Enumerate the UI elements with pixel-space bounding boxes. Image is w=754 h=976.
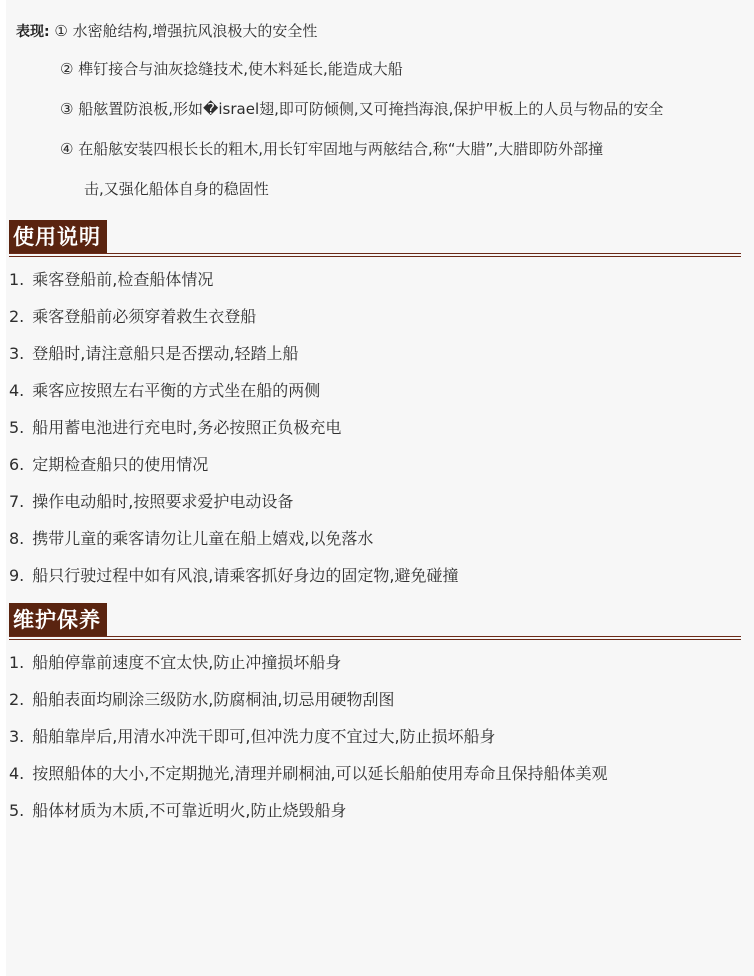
features-label: 表现: xyxy=(16,24,50,40)
list-item: 1.乘客登船前,检查船体情况 xyxy=(9,269,213,291)
feature-text: 水密舱结构,增强抗风浪极大的安全性 xyxy=(73,22,318,40)
list-item: 8.携带儿童的乘客请勿让儿童在船上嬉戏,以免落水 xyxy=(9,528,373,550)
feature-marker: ④ xyxy=(60,140,73,158)
feature-text: 榫钉接合与油灰捻缝技术,使木料延长,能造成大船 xyxy=(78,60,403,78)
feature-line-2: ② 榫钉接合与油灰捻缝技术,使木料延长,能造成大船 xyxy=(60,59,403,79)
list-item: 5.船体材质为木质,不可靠近明火,防止烧毁船身 xyxy=(9,800,346,822)
list-item: 6.定期检查船只的使用情况 xyxy=(9,454,208,476)
feature-text: 船舷置防浪板,形如�israel翅,即可防倾侧,又可掩挡海浪,保护甲板上的人员与… xyxy=(78,100,663,118)
feature-text: 在船舷安装四根长长的粗木,用长钉牢固地与两舷结合,称“大腊”,大腊即防外部撞 xyxy=(78,140,603,158)
list-item: 7.操作电动船时,按照要求爱护电动设备 xyxy=(9,491,293,513)
list-item: 4.乘客应按照左右平衡的方式坐在船的两侧 xyxy=(9,380,320,402)
feature-line-1: 表现: ① 水密舱结构,增强抗风浪极大的安全性 xyxy=(16,21,317,42)
section-heading-maintenance: 维护保养 xyxy=(9,603,107,636)
list-item: 3.船舶靠岸后,用清水冲洗干即可,但冲洗力度不宜过大,防止损坏船身 xyxy=(9,726,496,748)
section-divider xyxy=(9,636,741,640)
list-item: 5.船用蓄电池进行充电时,务必按照正负极充电 xyxy=(9,417,341,439)
list-item: 4.按照船体的大小,不定期抛光,清理并刷桐油,可以延长船舶使用寿命且保持船体美观 xyxy=(9,763,608,785)
section-heading-usage: 使用说明 xyxy=(9,220,107,253)
feature-marker: ③ xyxy=(60,100,73,118)
list-item: 9.船只行驶过程中如有风浪,请乘客抓好身边的固定物,避免碰撞 xyxy=(9,565,458,587)
list-item: 2.乘客登船前必须穿着救生衣登船 xyxy=(9,306,256,328)
feature-line-4-cont: 击,又强化船体自身的稳固性 xyxy=(84,179,269,199)
list-item: 2.船舶表面均刷涂三级防水,防腐桐油,切忌用硬物刮图 xyxy=(9,689,394,711)
feature-line-4: ④ 在船舷安装四根长长的粗木,用长钉牢固地与两舷结合,称“大腊”,大腊即防外部撞 xyxy=(60,139,603,159)
feature-marker: ① xyxy=(54,22,67,40)
list-item: 3.登船时,请注意船只是否摆动,轻踏上船 xyxy=(9,343,298,365)
feature-marker: ② xyxy=(60,60,73,78)
feature-line-3: ③ 船舷置防浪板,形如�israel翅,即可防倾侧,又可掩挡海浪,保护甲板上的人… xyxy=(60,99,663,119)
document-page: 表现: ① 水密舱结构,增强抗风浪极大的安全性 ② 榫钉接合与油灰捻缝技术,使木… xyxy=(6,0,754,976)
list-item: 1.船舶停靠前速度不宜太快,防止冲撞损坏船身 xyxy=(9,652,341,674)
feature-text: 击,又强化船体自身的稳固性 xyxy=(84,180,269,198)
section-divider xyxy=(9,253,741,257)
